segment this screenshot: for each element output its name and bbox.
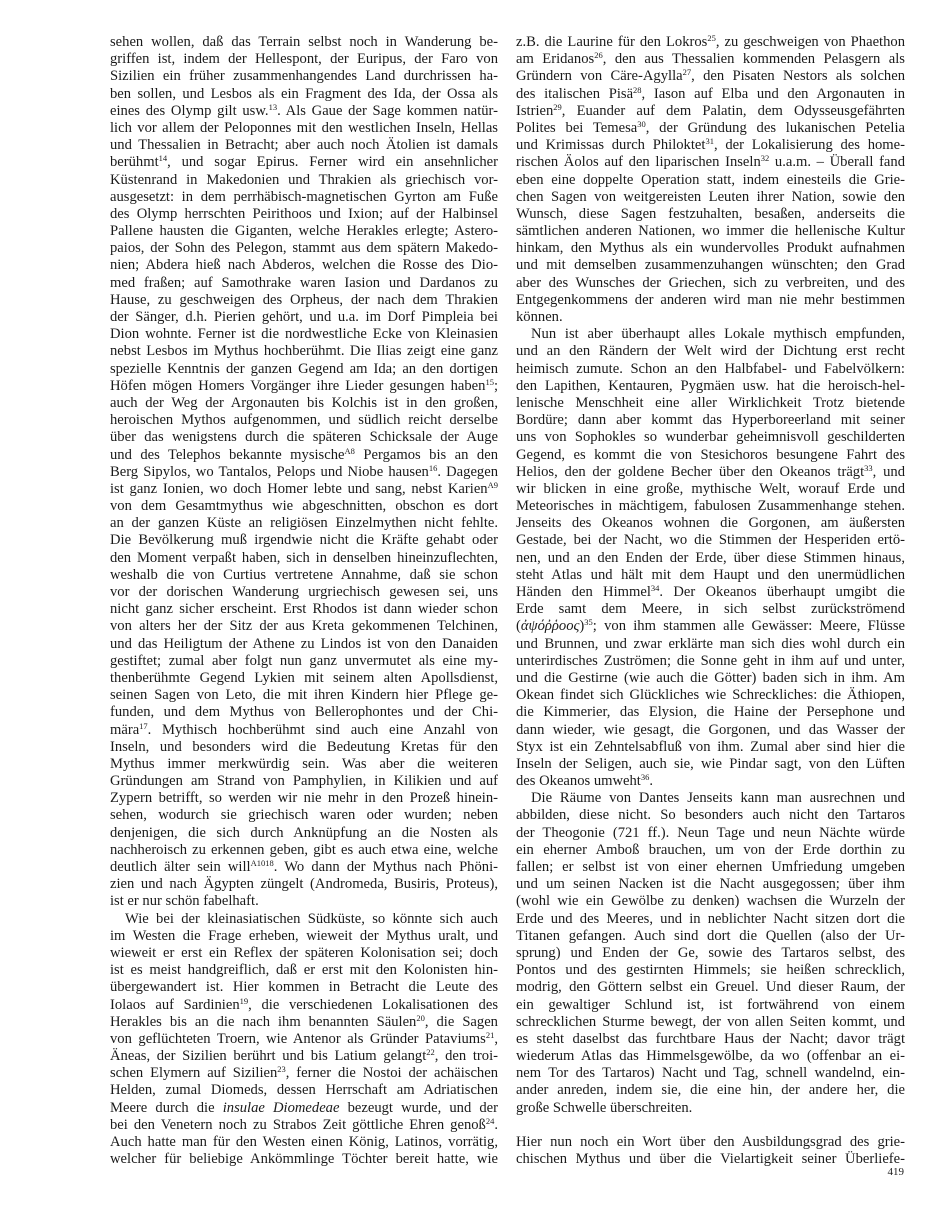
- text-line: übergewandert ist. Hier kommen in Betrac…: [110, 979, 498, 996]
- footnote-marker: 36: [641, 772, 650, 782]
- text-line: Jenseits des Okeanos wohnen die Gorgonen…: [516, 515, 905, 532]
- text-line: rischen Äolos auf den liparischen Inseln…: [516, 154, 905, 171]
- footnote-marker: 26: [594, 50, 603, 60]
- text-line: Höfen mögen Homers Vorgänger ihre Lieder…: [110, 378, 498, 395]
- text-line: Wunsch, diese Sagen festzuhalten, besaße…: [516, 206, 905, 223]
- text-line: Inseln der Seligen, auch sie, wie Pindar…: [516, 756, 905, 773]
- text-line: des italischen Pisä28, Iason auf Elba un…: [516, 86, 905, 103]
- text-line: spezielle Kenntnis der ganzen Gegend am …: [110, 361, 498, 378]
- footnote-marker: 27: [683, 67, 692, 77]
- page-number: 419: [880, 1166, 904, 1178]
- text-line: Berg Sipylos, wo Tantalos, Pelops und Ni…: [110, 464, 498, 481]
- text-line: und das Heiligtum der Athene zu Lindos i…: [110, 636, 498, 653]
- text-line: Helden, zumal Diomeds, dessen Herrschaft…: [110, 1082, 498, 1099]
- text-line: mära17. Mythisch hochberühmt sind auch e…: [110, 722, 498, 739]
- text-line: deutlich älter sein willA1018. Wo dann d…: [110, 859, 498, 876]
- book-page: sehen wollen, daß das Terrain selbst noc…: [0, 0, 935, 1210]
- text-line: chen Sagen von weitgereisten Leuten ihre…: [516, 189, 905, 206]
- footnote-marker: 19: [240, 996, 249, 1006]
- text-line: an der ganzen Küste an religiösen Einzel…: [110, 515, 498, 532]
- text-line: bei den Venetern noch zu Strabos Zeit gö…: [110, 1117, 498, 1134]
- text-line: gestiftet; zumal aber folgt nun ganz unv…: [110, 653, 498, 670]
- footnote-marker: 22: [426, 1047, 435, 1057]
- text-line: Küstenrand in Makedonien und Thrakien al…: [110, 172, 498, 189]
- text-line: Herakles bis an die nach ihm benannten S…: [110, 1014, 498, 1031]
- text-line: Entgegenkommens der anderen wird man nie…: [516, 292, 905, 309]
- text-line: nicht ganz sicher erscheint. Erst Rhodos…: [110, 601, 498, 618]
- text-line: weshalb die von Curtius vertretene Annah…: [110, 567, 498, 584]
- text-line: Pallene hausten die Giganten, welche Her…: [110, 223, 498, 240]
- text-line: von alters her der Sitz der aus Kreta ge…: [110, 618, 498, 635]
- text-line: (ἀψόῤῥοος)35; von ihm stammen alle Gewäs…: [516, 618, 905, 635]
- text-line: Dion wohnte. Ferner ist die nordwestlich…: [110, 326, 498, 343]
- text-line: Händen den Himmel34. Der Okeanos überhau…: [516, 584, 905, 601]
- paragraph-gap: [516, 1117, 905, 1134]
- text-line: Auch hatte man für den Westen einen Köni…: [110, 1134, 498, 1151]
- text-line: der Sänger, d.h. Pierien gehört, und u.a…: [110, 309, 498, 326]
- text-line: heimisch zumute. Schon an den Halbfabel-…: [516, 361, 905, 378]
- footnote-marker: 29: [553, 102, 562, 112]
- text-line: z.B. die Laurine für den Lokros25, zu ge…: [516, 34, 905, 51]
- text-line: von geflüchteten Troern, wie Antenor als…: [110, 1031, 498, 1048]
- text-line: der Theogonie (721 ff.). Neun Tage und n…: [516, 825, 905, 842]
- text-line: große Schwelle überschreiten.: [516, 1100, 905, 1117]
- text-line: am Eridanos26, den aus Thessalien kommen…: [516, 51, 905, 68]
- text-line: und um seinen Nacken ist die Nacht ausge…: [516, 876, 905, 893]
- text-line: und Brunnen, und zwar erklärte man sich …: [516, 636, 905, 653]
- text-line: funden, und dem Mythus von Bellerophonte…: [110, 704, 498, 721]
- text-line: Gründern von Cäre-Agylla27, den Pisaten …: [516, 68, 905, 85]
- text-line: und des Telephos bekannte mysischeA8 Per…: [110, 447, 498, 464]
- footnote-marker: 32: [761, 153, 770, 163]
- text-line: Nun ist aber überhaupt alles Lokale myth…: [516, 326, 905, 343]
- left-text-column: sehen wollen, daß das Terrain selbst noc…: [110, 34, 498, 1168]
- text-line: ben sollen, und Lesbos als ein Fragment …: [110, 86, 498, 103]
- text-line: Erde und des Meeres, und in neblichter N…: [516, 911, 905, 928]
- text-line: chischen Mythus und über die Vielartigke…: [516, 1151, 905, 1168]
- text-line: auch der Weg der Argonauten bis Kolchis …: [110, 395, 498, 412]
- text-line: nien; Abdera hieß nach Abderos, welchen …: [110, 257, 498, 274]
- text-line: (wohl wie ein Gewölbe zu denken) wachsen…: [516, 893, 905, 910]
- text-line: Die Bevölkerung muß irgendwie nicht die …: [110, 532, 498, 549]
- text-line: modrig, den Göttern selbst ein Greuel. U…: [516, 979, 905, 996]
- text-line: Meere durch die insulae Diomedeae bezeug…: [110, 1100, 498, 1117]
- right-text-column: z.B. die Laurine für den Lokros25, zu ge…: [516, 34, 905, 1168]
- text-line: vor der dorischen Wanderung urgriechisch…: [110, 584, 498, 601]
- text-line: paios, der Sohn des Pelegon, stammt aus …: [110, 240, 498, 257]
- text-line: unterirdisches Zuströmen; die Sonne geht…: [516, 653, 905, 670]
- text-line: denjenigen, die sich durch Anknüpfung an…: [110, 825, 498, 842]
- text-line: nebst Lesbos im Mythus hochberühmt. Die …: [110, 343, 498, 360]
- text-line: Iolaos auf Sardinien19, die verschiedene…: [110, 997, 498, 1014]
- footnote-marker: 20: [416, 1013, 425, 1023]
- text-line: Erde samt dem Meere, in sich selbst zurü…: [516, 601, 905, 618]
- text-line: des Okeanos umweht36.: [516, 773, 905, 790]
- text-line: aber des Wunsches der Griechen, sich zu …: [516, 275, 905, 292]
- text-line: Sizilien ein früher zusammenhangendes La…: [110, 68, 498, 85]
- footnote-marker: A8: [345, 446, 355, 456]
- text-line: hinkam, den Mythus als ein wundervolles …: [516, 240, 905, 257]
- text-line: es steht daselbst das furchtbare Haus de…: [516, 1031, 905, 1048]
- text-line: sprung) und Enden der Ge, sowie des Tart…: [516, 945, 905, 962]
- text-line: uns von Sophokles so wunderbar geheimnis…: [516, 429, 905, 446]
- text-line: Istrien29, Euander auf dem Palatin, dem …: [516, 103, 905, 120]
- text-line: nen, und an den Enden der Erde, über die…: [516, 550, 905, 567]
- text-line: eben eine doppelte Operation statt, inde…: [516, 172, 905, 189]
- text-line: schrecklichen Sturme bewegt, der von all…: [516, 1014, 905, 1031]
- footnote-marker: 24: [486, 1116, 495, 1126]
- footnote-marker: 28: [633, 85, 642, 95]
- text-line: ausgesetzt: in dem perrhäbisch-magnetisc…: [110, 189, 498, 206]
- text-line: Zypern betrifft, so werden wir nie mehr …: [110, 790, 498, 807]
- text-line: Hier nun noch ein Wort über den Ausbildu…: [516, 1134, 905, 1151]
- text-line: Die Räume von Dantes Jenseits kann man a…: [516, 790, 905, 807]
- text-line: und die Gestirne (wie auch die Götter) b…: [516, 670, 905, 687]
- footnote-marker: 16: [429, 463, 438, 473]
- text-line: Titanen gefangen. Auch sind dort die Que…: [516, 928, 905, 945]
- text-line: Gegend, es kommt die von Stesichoros bes…: [516, 447, 905, 464]
- footnote-marker: 25: [707, 33, 716, 43]
- text-line: des Olymp herrschten Peirithoos und Ixio…: [110, 206, 498, 223]
- footnote-marker: 15: [485, 377, 494, 387]
- footnote-marker: 30: [637, 119, 646, 129]
- text-line: zien und nach Ägypten züngelt (Andromeda…: [110, 876, 498, 893]
- text-line: sämtlichen anderen Nationen, wo immer di…: [516, 223, 905, 240]
- footnote-marker: A1018: [251, 858, 274, 868]
- text-line: heroischen Mythos aufgenommen, und südli…: [110, 412, 498, 429]
- text-line: Polites bei Temesa30, der Gründung des l…: [516, 120, 905, 137]
- text-line: schen Elymern auf Sizilien23, ferner die…: [110, 1065, 498, 1082]
- text-line: Mythus immer merkwürdig sein. Was aber d…: [110, 756, 498, 773]
- text-line: wiederum Atlas das Himmelsgewölbe, da wo…: [516, 1048, 905, 1065]
- footnote-marker: 31: [705, 136, 714, 146]
- text-line: sehen, wodurch sie griechisch waren oder…: [110, 807, 498, 824]
- text-line: den Lapithen, Kentauren, Pygmäen usw. ha…: [516, 378, 905, 395]
- text-line: Pontos und des gestirnten Himmels; sie h…: [516, 962, 905, 979]
- text-line: Bordüre; dann aber kommt das Hyperboreer…: [516, 412, 905, 429]
- text-line: sehen wollen, daß das Terrain selbst noc…: [110, 34, 498, 51]
- text-line: den Moment verpaßt haben, sich in densel…: [110, 550, 498, 567]
- text-line: Hause, zu geschweigen des Orpheus, der n…: [110, 292, 498, 309]
- text-line: med fraßen; auf Samothrake waren Iasion …: [110, 275, 498, 292]
- text-line: Wie bei der kleinasiatischen Südküste, s…: [110, 911, 498, 928]
- text-line: nem Tor des Tartaros) Nacht und Tag, sch…: [516, 1065, 905, 1082]
- text-line: können.: [516, 309, 905, 326]
- italic-text: insulae Diomedeae: [223, 1100, 340, 1116]
- footnote-marker: 34: [651, 583, 660, 593]
- text-line: Äneas, der Sizilien berührt und bis Lati…: [110, 1048, 498, 1065]
- text-line: eines des Olymp gilt usw.13. Als Gaue de…: [110, 103, 498, 120]
- text-line: Gründungen am Strand von Pamphylien, in …: [110, 773, 498, 790]
- footnote-marker: 13: [269, 102, 278, 112]
- footnote-marker: 35: [584, 617, 593, 627]
- footnote-marker: 23: [277, 1064, 286, 1074]
- text-line: die Kimmerier, das Elysion, die Haine de…: [516, 704, 905, 721]
- text-line: wir blicken in eine große, mythische Wel…: [516, 481, 905, 498]
- footnote-marker: 14: [159, 153, 168, 163]
- text-line: und Thessalien in Betracht; aber auch no…: [110, 137, 498, 154]
- text-line: ist ganz Ionien, wo doch Homer lebte und…: [110, 481, 498, 498]
- text-line: fallen; er selbst ist von einer ehernen …: [516, 859, 905, 876]
- text-line: Gestade, bei der Nacht, wo die Stimmen d…: [516, 532, 905, 549]
- text-line: Styx ist ein Zehntelsabfluß von ihm. Zum…: [516, 739, 905, 756]
- text-line: dann wieder, wie gesagt, die Gorgonen, u…: [516, 722, 905, 739]
- text-line: ist es meist handgreiflich, daß er erst …: [110, 962, 498, 979]
- text-line: Okean findet sich Glückliches wie Schrec…: [516, 687, 905, 704]
- text-line: über das wenigstens durch die späteren S…: [110, 429, 498, 446]
- footnote-marker: 33: [864, 463, 873, 473]
- text-line: lenische Menschheit eine aller Wirklichk…: [516, 395, 905, 412]
- text-line: nachheroisch zu erkennen geben, gibt es …: [110, 842, 498, 859]
- text-line: und mit demselben zusammenzuhangen wünsc…: [516, 257, 905, 274]
- text-line: ander anreden, indem sie, die eine hin, …: [516, 1082, 905, 1099]
- text-line: im Westen die Frage erheben, wieweit der…: [110, 928, 498, 945]
- text-line: lich vor allem der Peloponnes mit den we…: [110, 120, 498, 137]
- text-line: abbilden, diese nicht. So besonders auch…: [516, 807, 905, 824]
- text-line: welcher für beliebige Ankömmlinge Töchte…: [110, 1151, 498, 1168]
- text-line: ein eherner Amboß brauchen, um von der E…: [516, 842, 905, 859]
- text-line: steht Atlas und hält mit dem Haupt und d…: [516, 567, 905, 584]
- text-line: Helios, den der goldene Becher über den …: [516, 464, 905, 481]
- text-line: berühmt14, und sogar Epirus. Ferner wird…: [110, 154, 498, 171]
- text-line: griffen ist, indem der Hellespont, der E…: [110, 51, 498, 68]
- text-line: Meteorisches in mächtigem, fabulosen Zus…: [516, 498, 905, 515]
- text-line: ein gewaltiger Schlund ist, ist fortwähr…: [516, 997, 905, 1014]
- text-line: und an den Rändern der Welt wird der Dic…: [516, 343, 905, 360]
- text-line: wieweit er erst ein Reflex der späteren …: [110, 945, 498, 962]
- text-line: seinen Sagen von Leto, die mit ihren Kin…: [110, 687, 498, 704]
- italic-text: ἀψόῤῥοος: [521, 618, 580, 634]
- text-line: ist er nur schön fabelhaft.: [110, 893, 498, 910]
- text-line: Inseln, und besonders wird die Bedeutung…: [110, 739, 498, 756]
- text-line: thenberühmte Gegend Lykien mit seinem al…: [110, 670, 498, 687]
- text-line: von dem Gesamtmythus wie abgeschnitten, …: [110, 498, 498, 515]
- text-line: und Krimissas durch Philoktet31, der Lok…: [516, 137, 905, 154]
- footnote-marker: A9: [488, 480, 498, 490]
- footnote-marker: 17: [139, 721, 148, 731]
- footnote-marker: 21: [486, 1030, 495, 1040]
